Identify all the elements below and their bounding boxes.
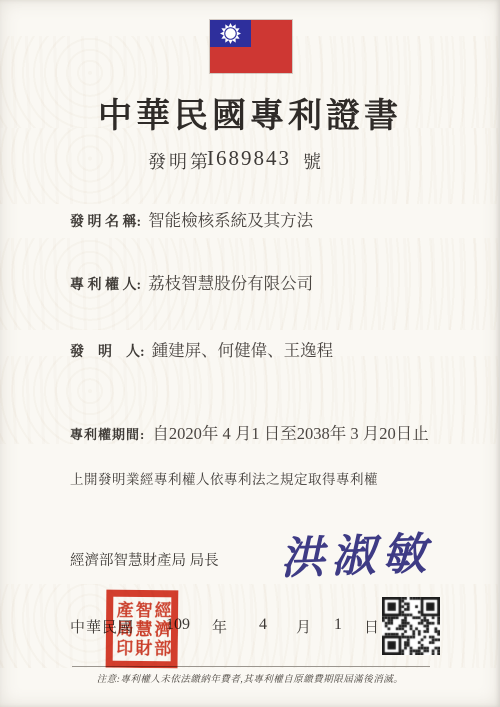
field-label: 發 明 名 稱:: [70, 211, 141, 231]
official-seal-text: 經濟部智慧財產局印: [113, 597, 171, 662]
certificate-title: 中華民國專利證書: [0, 88, 500, 137]
footnote-warning: 注意:專利權人未依法繳納年費者,其專利權自原繳費期限屆滿後消滅。: [0, 671, 500, 685]
field-patent-term: 專利權期間: 自2020年 4 月1 日至2038年 3 月20日止: [70, 420, 429, 444]
patent-number-line: 發明第 I689843 號: [0, 148, 500, 172]
patent-number-suffix: 號: [303, 148, 321, 174]
patent-number: I689843: [207, 146, 291, 171]
field-inventors: 發 明 人: 鍾建屏、何健偉、王逸程: [70, 337, 333, 361]
issue-date-line: 中華民國 109 年 4 月 1 日: [0, 616, 500, 636]
director-general-signature: 洪淑敏: [279, 517, 434, 586]
field-invention-name: 發 明 名 稱: 智能檢核系統及其方法: [70, 207, 313, 231]
official-seal: 經濟部智慧財產局印: [106, 590, 179, 669]
field-value: 自2020年 4 月1 日至2038年 3 月20日止: [152, 420, 428, 444]
date-day-unit: 日: [364, 616, 379, 637]
seal-column: 經濟部: [151, 601, 171, 658]
date-year-unit: 年: [212, 616, 227, 637]
date-month-unit: 月: [296, 616, 311, 637]
seal-column: 產局印: [113, 600, 133, 657]
field-label: 發 明 人:: [70, 341, 145, 361]
seal-column: 智慧財: [132, 600, 152, 657]
patent-number-prefix: 發明第: [148, 148, 211, 174]
field-value: 荔枝智慧股份有限公司: [148, 270, 313, 294]
certificate-page: 中華民國專利證書 發明第 I689843 號 發 明 名 稱: 智能檢核系統及其…: [0, 0, 500, 707]
grant-statement: 上開發明業經專利權人依專利法之規定取得專利權: [70, 468, 378, 488]
field-value: 鍾建屏、何健偉、王逸程: [152, 337, 334, 361]
field-label: 專利權期間:: [70, 424, 145, 443]
date-day: 1: [334, 616, 342, 634]
issuer-title: 經濟部智慧財產局 局長: [70, 549, 219, 570]
date-month: 4: [259, 616, 267, 634]
taiwan-flag-icon: [210, 20, 292, 73]
field-value: 智能檢核系統及其方法: [148, 207, 313, 231]
field-patentee: 專 利 權 人: 荔枝智慧股份有限公司: [70, 270, 313, 294]
field-label: 專 利 權 人:: [70, 274, 141, 294]
